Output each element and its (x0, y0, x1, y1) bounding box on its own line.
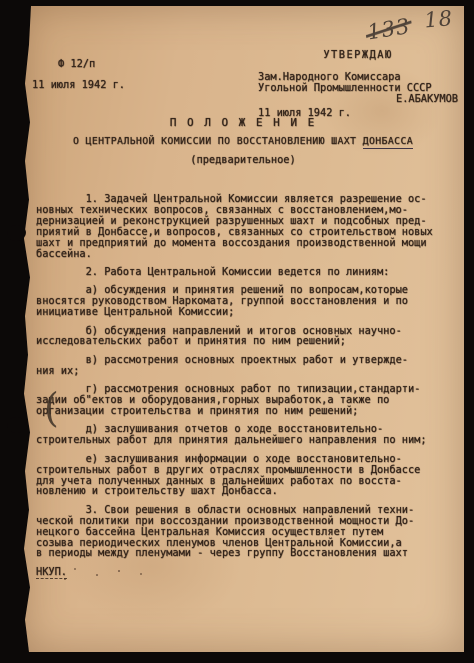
reference-block: Ф 12/п 11 июля 1942 г. (32, 58, 125, 91)
approval-block: УТВЕРЖДАЮ Зам.Народного Комиссара Угольн… (258, 50, 458, 120)
paragraph-3: 3. Свои решения в области основных напра… (36, 505, 456, 560)
subtitle-underlined-word: ДОНБАССА (363, 136, 413, 149)
approver-signature: Е.АБАКУМОВ (258, 94, 458, 106)
ink-speck (96, 574, 98, 576)
document-date: 11 июля 1942 г. (32, 79, 125, 91)
list-item-g: г) рассмотрения основных работ по типиза… (36, 384, 456, 417)
subtitle-text: О ЦЕНТРАЛЬНОЙ КОМИССИИ ПО ВОССТАНОВЛЕНИЮ… (73, 136, 363, 147)
paragraph-2-intro: 2. Работа Центральной Комиссии ведется п… (36, 267, 456, 278)
list-item-e: е) заслушивания информации о ходе восста… (36, 454, 456, 498)
list-item-a: а) обсуждения и принятия решений по вопр… (36, 285, 456, 318)
underlined-abbreviation: НКУП. (36, 566, 67, 579)
ink-speck (64, 578, 66, 580)
list-item-d: д) заслушивания отчетов о ходе восстанов… (36, 424, 456, 446)
document-body: 1. Задачей Центральной Комиссии является… (36, 194, 456, 578)
document-number: Ф 12/п (58, 58, 125, 70)
list-item-v: в) рассмотрения основных проектных работ… (36, 355, 456, 377)
ink-speck (140, 573, 142, 575)
ink-speck (74, 568, 76, 570)
document-page: 133 18 Ф 12/п 11 июля 1942 г. УТВЕРЖДАЮ … (22, 6, 464, 652)
crossed-out-page-number: 133 (364, 14, 414, 45)
current-page-number: 18 (424, 6, 455, 32)
scanned-document-photo: 133 18 Ф 12/п 11 июля 1942 г. УТВЕРЖДАЮ … (0, 0, 474, 663)
document-title: П О Л О Ж Е Н И Е (22, 116, 464, 129)
hole-punch-top (6, 224, 27, 242)
list-item-b: б) обсуждения направлений и итогов основ… (36, 326, 456, 348)
ink-speck (118, 570, 120, 572)
paragraph-3-last-line: НКУП. (36, 567, 456, 578)
document-subtitle: О ЦЕНТРАЛЬНОЙ КОМИССИИ ПО ВОССТАНОВЛЕНИЮ… (22, 136, 464, 147)
archival-page-numbers: 133 18 (364, 7, 455, 45)
pencil-margin-bracket: ( (44, 385, 59, 431)
document-qualifier: (предварительное) (22, 154, 464, 166)
hole-punch-bottom (6, 416, 27, 434)
approval-stamp: УТВЕРЖДАЮ (258, 50, 458, 62)
paragraph-1: 1. Задачей Центральной Комиссии является… (36, 194, 456, 259)
